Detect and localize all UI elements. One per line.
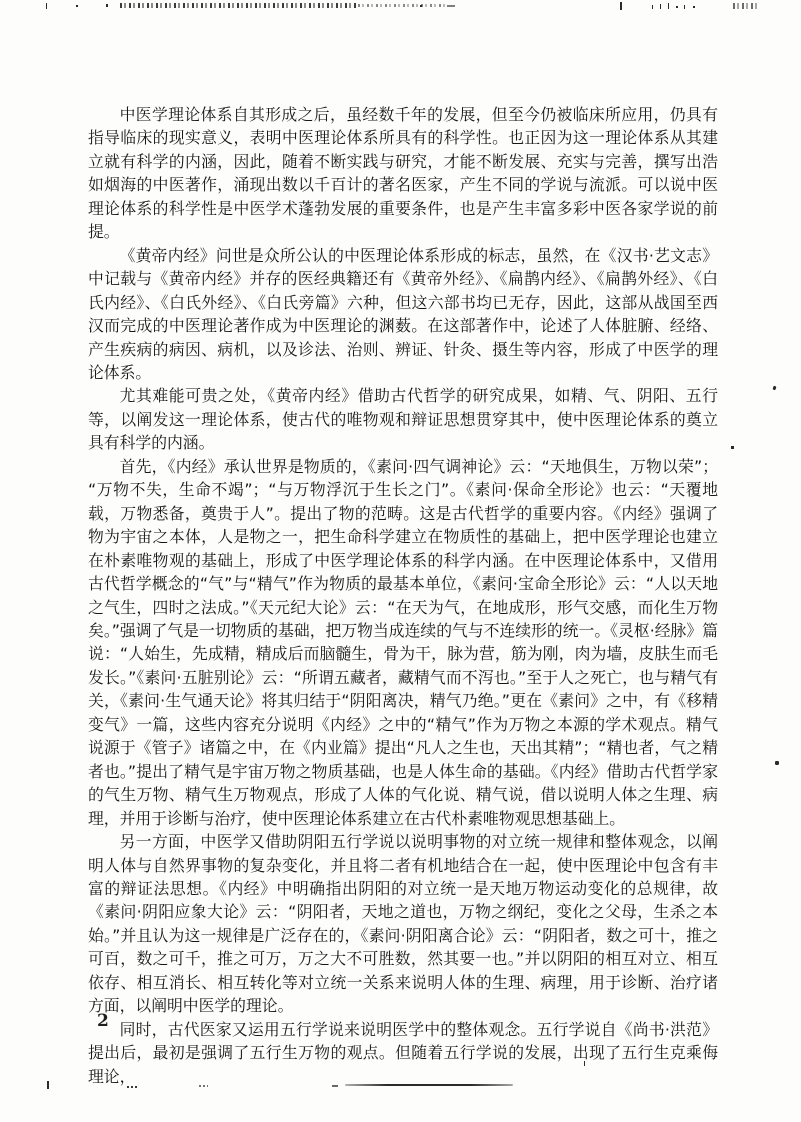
scan-speck	[668, 3, 669, 9]
page-number: 2	[97, 1011, 109, 1031]
scan-speck	[620, 2, 622, 10]
scan-noise-band	[358, 4, 446, 7]
paragraph-2: 《黄帝内经》问世是众所公认的中医理论体系形成的标志，虽然，在《汉书·艺文志》中记…	[88, 244, 718, 385]
scan-speck	[47, 1081, 49, 1089]
scan-dashes	[199, 1085, 208, 1087]
scan-speck	[447, 5, 455, 7]
paragraph-5: 另一方面，中医学又借助阴阳五行学说以说明事物的对立统一规律和整体观念，以阐明人体…	[88, 830, 718, 1018]
scan-speck	[46, 3, 47, 9]
scan-speck	[684, 5, 685, 9]
scan-speck	[775, 761, 779, 765]
scan-speck	[106, 4, 108, 7]
scan-speck	[676, 6, 678, 8]
scan-speck	[660, 4, 661, 9]
scan-speck	[731, 446, 734, 449]
scan-speck	[76, 5, 78, 7]
scan-speck	[693, 6, 695, 8]
paragraph-4: 首先，《内经》承认世界是物质的，《素问·四气调神论》云：“天地俱生，万物以荣”；…	[88, 455, 718, 830]
scan-dashes	[127, 1086, 138, 1088]
scan-noise-band	[120, 3, 358, 8]
paragraph-1: 中医学理论体系自其形成之后，虽经数千年的发展，但至今仍被临床所应用，仍具有指导临…	[88, 103, 718, 244]
scan-speck	[420, 5, 422, 7]
paragraph-6: 同时，古代医家又运用五行学说来说明医学中的整体观念。五行学说自《尚书·洪范》提出…	[88, 1018, 718, 1088]
scan-speck	[584, 1061, 585, 1066]
page-body-text: 中医学理论体系自其形成之后，虽经数千年的发展，但至今仍被临床所应用，仍具有指导临…	[88, 103, 718, 1088]
scan-streak	[345, 1084, 513, 1086]
scan-speck	[652, 5, 653, 9]
paragraph-3: 尤其难能可贵之处，《黄帝内经》借助古代哲学的研究成果，如精、气、阴阳、五行等，以…	[88, 384, 718, 454]
scan-noise-band	[733, 3, 759, 9]
scanned-page: 中医学理论体系自其形成之后，虽经数千年的发展，但至今仍被临床所应用，仍具有指导临…	[0, 0, 801, 1122]
scan-speck	[332, 1085, 338, 1087]
scan-speck	[772, 386, 776, 391]
